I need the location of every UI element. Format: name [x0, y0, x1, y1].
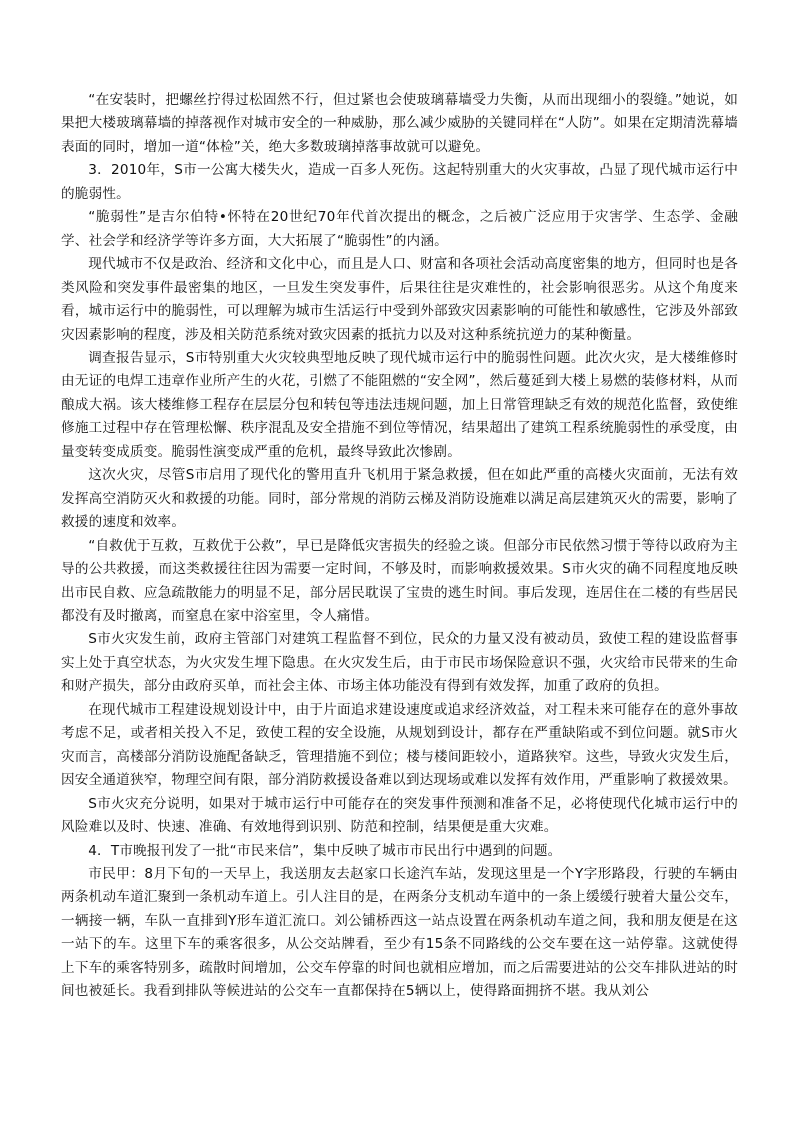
paragraph-planning-design: 在现代城市工程建设规划设计中，由于片面追求建设速度或追求经济效益，对工程未来可能…	[61, 699, 738, 793]
paragraph-conclusion: S市火灾充分说明，如果对于城市运行中可能存在的突发事件预测和准备不足，必将使现代…	[61, 793, 738, 840]
paragraph-supervision: S市火灾发生前，政府主管部门对建筑工程监督不到位，民众的力量又没有被动员，致使工…	[61, 628, 738, 698]
paragraph-item-4-intro: 4．T市晚报刊发了一批“市民来信”，集中反映了城市市民出行中遇到的问题。	[61, 840, 738, 863]
paragraph-vulnerability-definition: “脆弱性”是吉尔伯特•怀特在20世纪70年代首次提出的概念，之后被广泛应用于灾害…	[61, 206, 738, 253]
paragraph-self-rescue: “自救优于互救，互救优于公救”，早已是降低灾害损失的经验之谈。但部分市民依然习惯…	[61, 535, 738, 629]
paragraph-investigation-report: 调查报告显示，S市特别重大火灾较典型地反映了现代城市运行中的脆弱性问题。此次火灾…	[61, 347, 738, 464]
document-page: “在安装时，把螺丝拧得过松固然不行，但过紧也会使玻璃幕墙受力失衡，从而出现细小的…	[61, 89, 738, 1004]
paragraph-item-3-intro: 3．2010年，S市一公寓大楼失火，造成一百多人死伤。这起特别重大的火灾事故，凸…	[61, 159, 738, 206]
paragraph-modern-city: 现代城市不仅是政治、经济和文化中心，而且是人口、财富和各项社会活动高度密集的地方…	[61, 253, 738, 347]
paragraph-glass-curtain-quote: “在安装时，把螺丝拧得过松固然不行，但过紧也会使玻璃幕墙受力失衡，从而出现细小的…	[61, 89, 738, 159]
paragraph-rescue-helicopter: 这次火灾，尽管S市启用了现代化的警用直升飞机用于紧急救援，但在如此严重的高楼火灾…	[61, 464, 738, 534]
paragraph-citizen-a-letter: 市民甲：8月下旬的一天早上，我送朋友去赵家口长途汽车站，发现这里是一个Y字形路段…	[61, 863, 738, 1004]
